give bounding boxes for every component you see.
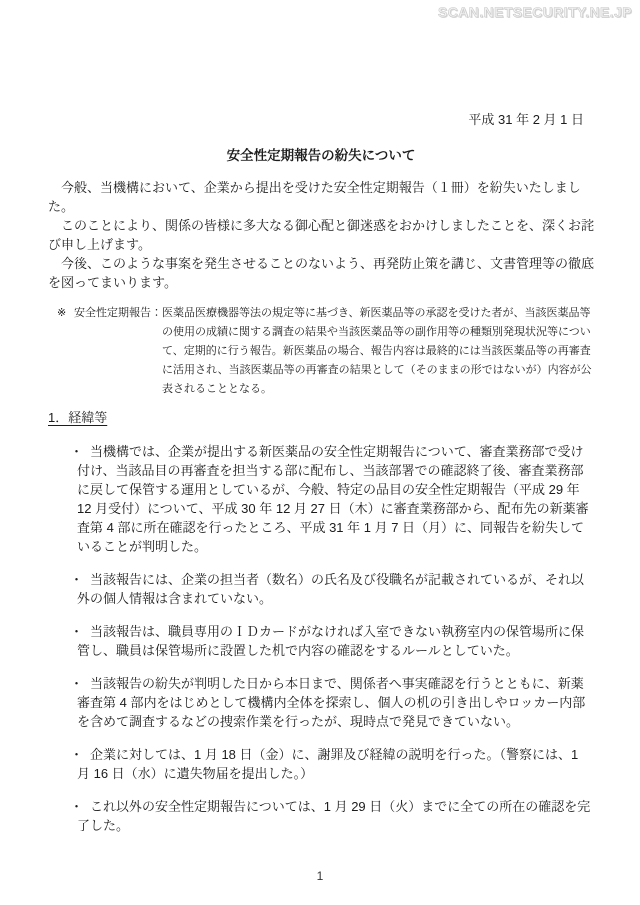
intro-section: 今般、当機構において、企業から提出を受けた安全性定期報告（１冊）を紛失いたしまし… (48, 178, 594, 292)
intro-paragraph: 今般、当機構において、企業から提出を受けた安全性定期報告（１冊）を紛失いたしまし… (48, 178, 594, 216)
document-content: 平成 31 年 2 月 1 日 安全性定期報告の紛失について 今般、当機構におい… (48, 0, 594, 849)
list-item: ・ これ以外の安全性定期報告については、1 月 29 日（火）までに全ての所在の… (48, 797, 594, 835)
page-title: 安全性定期報告の紛失について (48, 146, 594, 165)
list-item: ・ 当機構では、企業が提出する新医薬品の安全性定期報告について、審査業務部で受け… (48, 442, 594, 556)
list-item: ・ 当該報告は、職員専用のＩＤカードがなければ入室できない執務室内の保管場所に保… (48, 622, 594, 660)
list-item-text: これ以外の安全性定期報告については、1 月 29 日（火）までに全ての所在の確認… (77, 799, 590, 833)
bullet-marker: ・ (70, 442, 83, 461)
bullet-list: ・ 当機構では、企業が提出する新医薬品の安全性定期報告について、審査業務部で受け… (48, 442, 594, 835)
list-item: ・ 当該報告の紛失が判明した日から本日まで、関係者へ事実確認を行うとともに、新薬… (48, 674, 594, 731)
bullet-marker: ・ (70, 797, 83, 816)
list-item-text: 当該報告には、企業の担当者（数名）の氏名及び役職名が記載されているが、それ以外の… (77, 572, 584, 606)
list-item-text: 企業に対しては、1 月 18 日（金）に、謝罪及び経緯の説明を行った。（警察には… (77, 747, 578, 781)
footnote-term: 安全性定期報告： (74, 304, 162, 323)
list-item-text: 当該報告の紛失が判明した日から本日まで、関係者へ事実確認を行うとともに、新薬審査… (77, 676, 585, 729)
list-item: ・ 当該報告には、企業の担当者（数名）の氏名及び役職名が記載されているが、それ以… (48, 570, 594, 608)
reference-mark: ※ (57, 304, 74, 323)
section-heading-row: 1．経緯等 (48, 408, 594, 427)
list-item-text: 当機構では、企業が提出する新医薬品の安全性定期報告について、審査業務部で受け付け… (77, 444, 589, 554)
bullet-marker: ・ (70, 745, 83, 764)
list-item-text: 当該報告は、職員専用のＩＤカードがなければ入室できない執務室内の保管場所に保管し… (77, 624, 584, 658)
intro-paragraph: このことにより、関係の皆様に多大なる御心配と御迷惑をおかけしましたことを、深くお… (48, 216, 594, 254)
document-date: 平成 31 年 2 月 1 日 (48, 110, 594, 129)
document-page: SCAN.NETSECURITY.NE.JP 平成 31 年 2 月 1 日 安… (0, 0, 640, 905)
page-number: 1 (0, 869, 640, 883)
bullet-marker: ・ (70, 674, 83, 693)
footnote: ※ 安全性定期報告： 医薬品医療機器等法の規定等に基づき、新医薬品等の承認を受け… (48, 304, 594, 399)
footnote-definition: 医薬品医療機器等法の規定等に基づき、新医薬品等の承認を受けた者が、当該医薬品等の… (162, 304, 594, 399)
section-heading: 1．経緯等 (48, 408, 107, 427)
bullet-marker: ・ (70, 570, 83, 589)
intro-paragraph: 今後、このような事案を発生させることのないよう、再発防止策を講じ、文書管理等の徹… (48, 254, 594, 292)
bullet-marker: ・ (70, 622, 83, 641)
list-item: ・ 企業に対しては、1 月 18 日（金）に、謝罪及び経緯の説明を行った。（警察… (48, 745, 594, 783)
